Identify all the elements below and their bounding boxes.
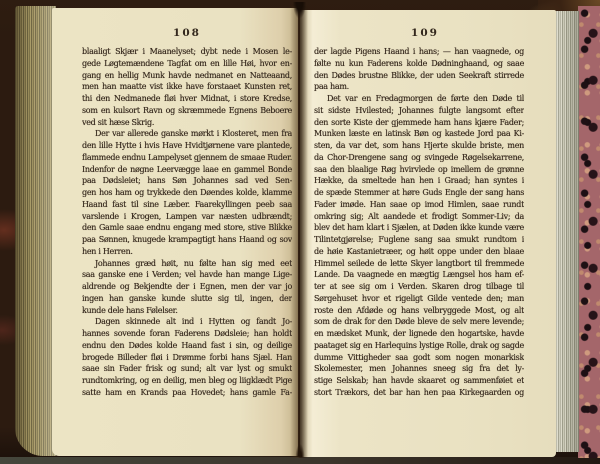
left-page: 108 blaaligt Skjær i Maanelyset; dybt ne…	[52, 8, 298, 456]
text-line: der lagde Pigens Haand i hans; — han vaa…	[314, 46, 524, 58]
text-line: endnu den Dødes kolde Haand fast i sin, …	[82, 340, 292, 352]
text-line: de høie Kastanietræer, og høit oppe unde…	[314, 246, 524, 258]
text-line: følte nu kun Faderens kolde Dødninghaand…	[314, 58, 524, 70]
text-line: saa ganske ene i Verden; vel havde han m…	[82, 269, 292, 281]
text-line: en mædsket Munk, der lignede den hogarts…	[314, 328, 524, 340]
text-line: da Chor-Drengene sang og svingede Røgels…	[314, 152, 524, 164]
text-line: stige Selskab; han havde skaaret og samm…	[314, 375, 524, 387]
text-line: paataget sig en Harlequins lystige Rolle…	[314, 340, 524, 352]
text-line: kunde dele hans Følelser.	[82, 305, 292, 317]
page-number-right: 109	[314, 27, 536, 39]
book-bottom-board	[0, 457, 600, 464]
text-line: saae sin Fader frisk og sund; alt var ly…	[82, 363, 292, 375]
gutter-notch-bottom	[294, 436, 306, 457]
text-line: dumme Vittigheder saa godt som nogen mon…	[314, 352, 524, 364]
text-line: som en kulsort Ravn og skræmmede Egnens …	[82, 105, 292, 117]
text-line: Der var allerede ganske mørkt i Klostere…	[82, 128, 292, 140]
page-number-left: 108	[82, 27, 292, 39]
text-line: rundtomkring, og en deilig, men bleg og …	[82, 375, 292, 387]
page-edges-right-stack	[554, 11, 579, 452]
text-line: blaaligt Skjær i Maanelyset; dybt nede i…	[82, 46, 292, 58]
right-page: 109 der lagde Pigens Haand i hans; — han…	[300, 10, 556, 457]
text-line: blev det ham klart i Sjælen, at Døden ik…	[314, 222, 524, 234]
text-line: paa Sønnen, knugede krampagtigt hans Haa…	[82, 234, 292, 246]
text-line: gede Løgtemændene Tagfat om en lille Høi…	[82, 58, 292, 70]
text-line: Sørgehuset hvor et rigeligt Gilde vented…	[314, 293, 524, 305]
text-line: satte ham en Krands paa Hovedet; hans ga…	[82, 387, 292, 399]
marbled-paper-right-board	[578, 6, 600, 458]
text-line: Munken læste en latinsk Bøn og kastede J…	[314, 128, 524, 140]
text-line: brogede Billeder fløi i Drømme forbi han…	[82, 352, 292, 364]
text-line: Det var en Fredagmorgen de førte den Død…	[314, 93, 524, 105]
text-line: ved sit hæse Skrig.	[82, 117, 292, 129]
text-line: Fader imøde. Han saae op imod Himlen, sa…	[314, 199, 524, 211]
text-line: Lande. Da vaagnede en mægtig Længsel hos…	[314, 269, 524, 281]
text-line: Hække, da smeltede han hen i Graad; han …	[314, 175, 524, 187]
gutter-shadow	[290, 6, 308, 458]
text-line: den sorte Kiste der gjemmede ham hans kj…	[314, 117, 524, 129]
text-line: den Gamle saae endnu engang med store, s…	[82, 222, 292, 234]
text-line: sit sidste Hvilested; Johannes fulgte la…	[314, 105, 524, 117]
text-line: Johannes græd høit, nu følte han sig med…	[82, 258, 292, 270]
text-line: Haand fast til sine Læber. Faarekyllinge…	[82, 199, 292, 211]
left-page-text-column: blaaligt Skjær i Maanelyset; dybt nede i…	[82, 46, 292, 399]
text-line: den Dødes brustne Blikke, der uden Seekr…	[314, 70, 524, 82]
text-line: paa Dødsleiet; hans Søn Johannes sad ved…	[82, 175, 292, 187]
text-line: omkring sig; Alt aandede et frodigt Somm…	[314, 211, 524, 223]
text-line: thi den Nedmanede fløi hver Midnat, i st…	[82, 93, 292, 105]
text-line: Himmel seilede de lette Skyer langtbort …	[314, 258, 524, 270]
text-line: hannes sovende foran Faderens Dødsleie; …	[82, 328, 292, 340]
text-line: varslende i Krogen, Lampen var næsten ud…	[82, 211, 292, 223]
page-edges-left-stack	[15, 6, 56, 456]
text-line: roste den Afdøde og hans velbryggede Mos…	[314, 305, 524, 317]
text-line: ter at see sig om i Verden. Skaren drog …	[314, 281, 524, 293]
text-line: Dagen skinnede alt ind i Hytten og fandt…	[82, 316, 292, 328]
text-line: hen i Herren.	[82, 246, 292, 258]
text-line: som de drak for den Døde bleve de selv m…	[314, 316, 524, 328]
right-page-text-column: der lagde Pigens Haand i hans; — han vaa…	[314, 46, 524, 399]
text-line: de spæde Stemmer at høre Guds Engle der …	[314, 187, 524, 199]
text-line: Indenfor de nøgne Leervægge laae en gamm…	[82, 164, 292, 176]
text-line: Skolemester, men Johannes sneeg sig fra …	[314, 363, 524, 375]
text-line: gang en hellig Munk havde nedmanet en Na…	[82, 70, 292, 82]
text-line: ingen han ganske kunde slutte sig til, i…	[82, 293, 292, 305]
text-line: gen hos ham og trykkede den Døendes kold…	[82, 187, 292, 199]
text-line: aldrende og Bekjendte der i Egnen, men d…	[82, 281, 292, 293]
text-line: sten, da var det, som hans Hjerte skulde…	[314, 140, 524, 152]
text-line: stort Trækors, det bar han hen paa Kirke…	[314, 387, 524, 399]
text-line: den lille Hytte i hvis Have Hvidtjørnene…	[82, 140, 292, 152]
text-line: saa den blaalige Røg hvirvlede op imelle…	[314, 164, 524, 176]
text-line: Tilintetgjørelse; Fuglene sang saa smukt…	[314, 234, 524, 246]
gutter-notch-top	[291, 2, 308, 28]
text-line: flammede endnu Lampelyset gjennem de sma…	[82, 152, 292, 164]
text-line: men han maatte vist ikke have forstaaet …	[82, 81, 292, 93]
text-line: paa ham.	[314, 81, 524, 93]
